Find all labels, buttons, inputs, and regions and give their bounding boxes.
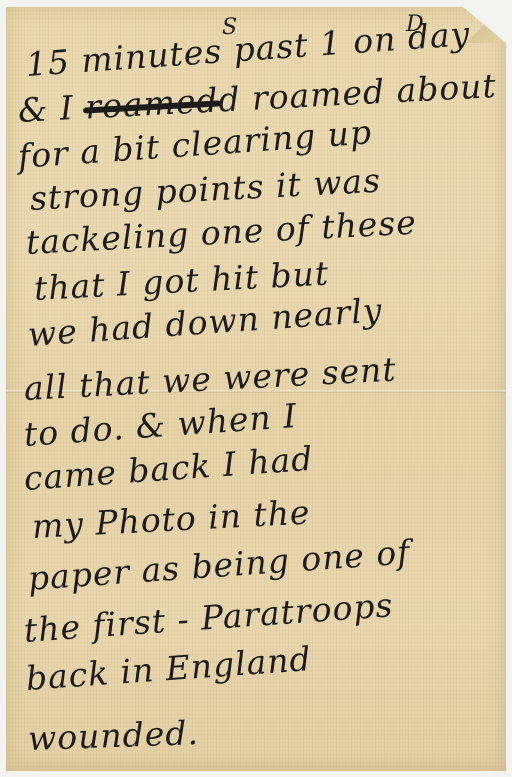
struck-word: roamed bbox=[84, 81, 219, 127]
handwritten-text: S D 15 minutes past 1 on day & I roamedd… bbox=[6, 7, 506, 771]
line-11: my Photo in the bbox=[31, 492, 311, 546]
line-13: the first - Paratroops bbox=[23, 585, 395, 650]
line-2-pre: & I bbox=[17, 87, 86, 129]
letter-page: S D 15 minutes past 1 on day & I roamedd… bbox=[6, 7, 506, 771]
line-14: back in England bbox=[25, 639, 313, 698]
line-8: all that we were sent bbox=[23, 350, 398, 408]
line-15: wounded. bbox=[27, 713, 199, 758]
line-2-post: d roamed about bbox=[217, 66, 497, 120]
